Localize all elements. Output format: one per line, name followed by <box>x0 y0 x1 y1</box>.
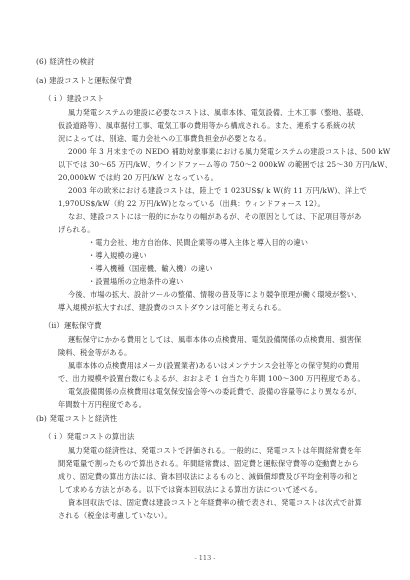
bullet-item: ・導入機種（国産機、輸入機）の違い <box>88 264 213 273</box>
section-heading-a: (a) 建設コストと運転保守費 <box>36 76 132 85</box>
paragraph-line: 導入規模が拡大すれば、建設費のコストダウンは可能と考えられる。 <box>58 303 285 312</box>
paragraph-line: なお、建設コストには一般的にかなりの幅があるが、その原因としては、下記項目等があ <box>68 212 362 221</box>
subsection-heading-maintenance-cost: （ⅱ）運転保守費 <box>44 321 102 330</box>
paragraph-line: げられる。 <box>58 225 95 234</box>
paragraph-line: して求める方法とがある。以下では資本回収法による算出方法について述べる。 <box>58 485 322 494</box>
paragraph-line: 以下では 30～65 万円/kW、ウインドファーム等の 750～2 000kW … <box>58 160 392 169</box>
bullet-item: ・導入規模の違い <box>88 251 147 260</box>
paragraph-line: 今後、市場の拡大、設計ツールの整備、情報の普及等により競争原理が働く環境が整い、 <box>68 290 361 299</box>
paragraph-line: 2000 年 3 月末までの NEDO 補助対象事業における風力発電システムの建… <box>68 147 390 156</box>
bullet-item: ・電力会社、地方自治体、民間企業等の導入主体と導入目的の違い <box>88 238 308 247</box>
section-heading-6: (6) 経済性の検討 <box>36 57 95 66</box>
paragraph-line: 風車本体の点検費用はメーカ(設置業者)あるいはメンテナンス会社等との保守契約の費… <box>68 361 359 370</box>
paragraph-line: 運転保守にかかる費用としては、風車本体の点検費用、電気設備関係の点検費用、損害保 <box>68 335 362 344</box>
subsection-heading-generation-cost-method: （ｉ）発電コストの算出法 <box>44 432 135 441</box>
paragraph-line: 年間数十万円程度である。 <box>58 400 146 409</box>
paragraph-line: 仮設道路等）、風車据付工事、電気工事の費用等から構成される。また、連系する系統の… <box>58 121 355 130</box>
section-heading-b: (b) 発電コストと経済性 <box>36 414 117 423</box>
page-number: - 113 - <box>0 554 410 562</box>
paragraph-line: 風力発電の経済性は、発電コストで評価される。一般的に、発電コストは年間経常費を年 <box>68 446 362 455</box>
paragraph-line: 電気設備関係の点検費用は電気保安協会等への委託費で、設備の容量等により異なるが、 <box>68 387 361 396</box>
paragraph-line: 況によっては、別途、電力会社への工事費負担金が必要となる。 <box>58 134 271 143</box>
subsection-heading-construction-cost: （ｉ）建設コスト <box>44 94 104 103</box>
paragraph-line: 2003 年の欧米における建設コストは、陸上で 1 023US$/ k W(約 … <box>68 186 367 195</box>
paragraph-line: 間発電量で割ったもので算出される。年間経常費は、固定費と運転保守費等の変動費とか… <box>58 459 359 468</box>
bullet-item: ・設置場所の立地条件の違い <box>88 277 183 286</box>
document-page: (6) 経済性の検討 (a) 建設コストと運転保守費 （ｉ）建設コスト 風力発電… <box>0 0 410 580</box>
paragraph-line: 険料、税金等がある。 <box>58 348 131 357</box>
paragraph-line: される（税金は考慮していない）。 <box>58 511 172 520</box>
paragraph-line: 資本回収法では、固定費は建設コストと年経費率の積で表され、発電コストは次式で計算 <box>68 498 362 507</box>
paragraph-line: 20,000kW では約 20 万円/kW となっている。 <box>58 173 218 182</box>
paragraph-line: 風力発電システムの建設に必要なコストは、風車本体、電気設備、土木工事（整地、基礎… <box>68 108 368 117</box>
paragraph-line: で、出力規模や設置台数にもよるが、おおよそ 1 台当たり年間 100～300 万… <box>58 374 365 383</box>
paragraph-line: 成り、固定費の算出方法には、資本回収法によるものと、減価償却費及び平均金利等の和… <box>58 472 359 481</box>
paragraph-line: 1,970US$/kW（約 22 万円/kW)となっている（出典：ウィンドフォー… <box>58 199 325 208</box>
